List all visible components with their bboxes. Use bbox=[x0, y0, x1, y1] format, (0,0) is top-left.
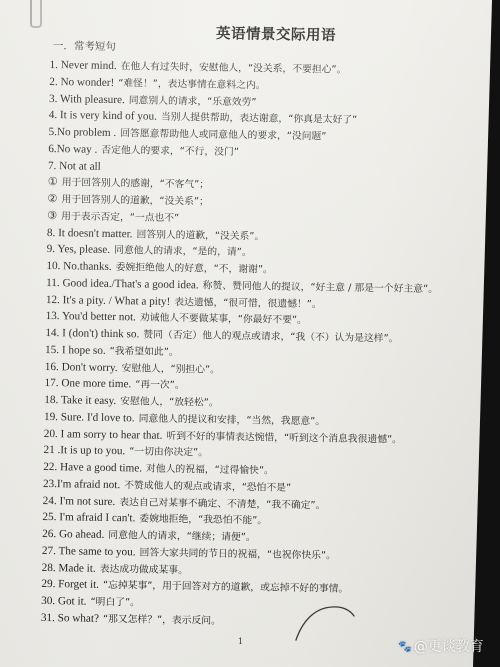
phrase-english: 26. Go ahead. bbox=[42, 528, 104, 541]
phrase-item: 4. It is very kind of you.当别人提供帮助，表达谢意，“… bbox=[49, 107, 469, 130]
phrase-item: 18. Take it easy.安慰他人，“放轻松”。 bbox=[44, 392, 464, 415]
phrase-chinese: 同意别人的请求，“乐意效劳” bbox=[129, 95, 257, 108]
phrase-item: 29. Forget it.“忘掉某事”，用于回答对方的道歉，或忘掉不好的事情。 bbox=[41, 576, 461, 599]
phrase-english: 17. One more time. bbox=[44, 377, 131, 390]
phrase-english: 1. Never mind. bbox=[49, 59, 116, 72]
page-number: 1 bbox=[238, 637, 243, 646]
phrase-item: 6.No way .否定他人的要求，“不行，没门” bbox=[48, 141, 468, 164]
page-title: 英语情景交际用语 bbox=[216, 22, 336, 45]
phrase-english: 23.I'm afraid not. bbox=[43, 478, 120, 491]
phrase-chinese: “一切由你决定”。 bbox=[129, 447, 208, 459]
phrase-item: 11. Good idea./That's a good idea.称赞、赞同他… bbox=[46, 275, 466, 298]
phrase-item: 28. Made it.表达成功做成某事。 bbox=[42, 559, 462, 582]
phrase-english: 3. With pleasure. bbox=[49, 92, 125, 105]
phrase-chinese: “明白了”。 bbox=[90, 597, 140, 609]
phrase-item: 17. One more time.“再一次”。 bbox=[44, 375, 464, 398]
phrase-chinese: 在他人有过失时，安慰他人，“没关系，不要担心”。 bbox=[121, 61, 347, 76]
phrase-english: 7. Not at all bbox=[48, 159, 101, 172]
phrase-chinese: 用于回答别人的感谢，“不客气”； bbox=[62, 177, 209, 190]
phrase-english: 24. I'm not sure. bbox=[43, 494, 116, 507]
phrase-english: ① bbox=[48, 176, 58, 188]
phrase-english: ③ bbox=[47, 210, 57, 222]
phrase-chinese: 回答愿意帮助他人或同意他人的要求，“没问题” bbox=[120, 128, 326, 142]
phrase-chinese: 安慰他人，“别担心”。 bbox=[122, 363, 220, 376]
phrase-english: 29. Forget it. bbox=[41, 578, 99, 591]
phrase-english: 9. Yes, please. bbox=[47, 243, 111, 256]
section-heading: 一．常考短句 bbox=[53, 38, 470, 60]
phrase-item: 1. Never mind.在他人有过失时，安慰他人，“没关系，不要担心”。 bbox=[49, 57, 469, 80]
phrase-english: 28. Made it. bbox=[42, 561, 96, 574]
phrase-chinese: “忘掉某事”，用于回答对方的道歉，或忘掉不好的事情。 bbox=[103, 580, 348, 595]
binder-clip-mark bbox=[30, 0, 42, 28]
document-page: 英语情景交际用语 一．常考短句 1. Never mind.在他人有过失时，安慰… bbox=[0, 0, 500, 667]
phrase-chinese: 赞同（否定）他人的观点或请求，“我（不）认为是这样”。 bbox=[143, 330, 398, 345]
phrase-english: 4. It is very kind of you. bbox=[49, 109, 157, 123]
phrase-chinese: 表达成功做成某事。 bbox=[100, 563, 188, 575]
phrase-list: 一．常考短句 1. Never mind.在他人有过失时，安慰他人，“没关系，不… bbox=[41, 38, 470, 633]
phrase-chinese: “再一次”。 bbox=[135, 380, 185, 392]
phrase-chinese: 称赞、赞同他人的提议，“好主意 / 那是一个好主意”。 bbox=[203, 280, 438, 295]
phrase-english: 18. Take it easy. bbox=[44, 394, 116, 407]
phrase-english: 11. Good idea./That's a good idea. bbox=[46, 277, 199, 291]
watermark-text: @更谈教育 bbox=[414, 636, 484, 656]
phrase-item: ③用于表示否定，“一点也不” bbox=[47, 208, 467, 231]
phrase-english: 22. Have a good time. bbox=[43, 461, 142, 475]
phrase-item: 30. Got it.“明白了”。 bbox=[41, 593, 461, 616]
phrase-english: 30. Got it. bbox=[41, 595, 87, 608]
phrase-english: 25. I'm afraid I can't. bbox=[42, 511, 135, 524]
phrase-item: 24. I'm not sure.表达自己对某事不确定、不清楚，“我不确定”。 bbox=[43, 492, 463, 515]
phrase-english: ② bbox=[47, 193, 57, 205]
phrase-item: 9. Yes, please.同意他人的请求，“是的，请”。 bbox=[47, 241, 467, 264]
phrase-item: ②用于回答别人的道歉，“没关系”； bbox=[47, 191, 467, 214]
phrase-chinese: 回答别人的道歉，“没关系”。 bbox=[136, 229, 264, 242]
phrase-chinese: 否定他人的要求，“不行，没门” bbox=[101, 145, 239, 158]
phrase-item: 25. I'm afraid I can't.委婉地拒绝，“我恐怕不能”。 bbox=[42, 509, 462, 532]
phrase-chinese: 听到不好的事情表达惋惜，“听到这个消息我很遗憾”。 bbox=[166, 430, 402, 445]
phrase-item: 12. It's a pity. / What a pity!表达遗憾，“很可惜… bbox=[46, 291, 466, 314]
phrase-chinese: 委婉拒绝他人的好意，“不，谢谢”。 bbox=[116, 262, 273, 275]
phrase-item: 7. Not at all bbox=[48, 157, 468, 180]
phrase-item: 20. I am sorry to hear that.听到不好的事情表达惋惜，… bbox=[44, 425, 464, 448]
phrase-item: 15. I hope so.“我希望如此”。 bbox=[45, 342, 465, 365]
phrase-item: 14. I (don't) think so.赞同（否定）他人的观点或请求，“我… bbox=[45, 325, 465, 348]
phrase-chinese: 劝诫他人不要做某事，“你最好不要”。 bbox=[140, 313, 307, 327]
phrase-chinese: 不赞成他人的观点或请求，“恐怕不是” bbox=[124, 480, 291, 494]
phrase-item: 10. No.thanks.委婉拒绝他人的好意，“不，谢谢”。 bbox=[46, 258, 466, 281]
phrase-english: 5.No problem . bbox=[48, 126, 116, 139]
phrase-item: 13. You'd better not.劝诫他人不要做某事，“你最好不要”。 bbox=[45, 308, 465, 331]
phrase-english: 20. I am sorry to hear that. bbox=[44, 427, 163, 441]
phrase-item: 16. Don't worry.安慰他人，“别担心”。 bbox=[45, 358, 465, 381]
phrase-chinese: 同意他人的请求，“继续；请便”。 bbox=[108, 530, 255, 543]
phrase-english: 10. No.thanks. bbox=[46, 260, 111, 273]
phrase-chinese: 用于回答别人的道歉，“没关系”； bbox=[61, 194, 208, 207]
phrase-item: 26. Go ahead.同意他人的请求，“继续；请便”。 bbox=[42, 526, 462, 549]
phrase-english: 13. You'd better not. bbox=[46, 310, 136, 323]
phrase-english: 12. It's a pity. / What a pity! bbox=[46, 293, 171, 307]
phrase-chinese: 同意他人的提议和安排，“当然，我愿意”。 bbox=[139, 413, 326, 427]
phrase-chinese: 表达遗憾，“很可惜，很遗憾！”。 bbox=[174, 296, 321, 309]
phrase-english: 27. The same to you. bbox=[42, 545, 136, 558]
phrase-chinese: 对他人的祝福，“过得愉快”。 bbox=[146, 464, 274, 477]
phrase-item: 2. No wonder!“难怪！”，表达事情在意料之内。 bbox=[49, 74, 469, 97]
phrase-item: 21 .It is up to you.“一切由你决定”。 bbox=[43, 442, 463, 465]
phrase-item: 23.I'm afraid not.不赞成他人的观点或请求，“恐怕不是” bbox=[43, 476, 463, 499]
phrase-chinese: 委婉地拒绝，“我恐怕不能”。 bbox=[139, 514, 267, 527]
phrase-english: 16. Don't worry. bbox=[45, 360, 118, 373]
phrase-item: 19. Sure. I'd love to.同意他人的提议和安排，“当然，我愿意… bbox=[44, 409, 464, 432]
phrase-english: 6.No way . bbox=[48, 143, 97, 156]
phrase-english: 15. I hope so. bbox=[45, 344, 106, 357]
phrase-chinese: 用于表示否定，“一点也不” bbox=[61, 211, 179, 224]
phrase-english: 8. It doesn't matter. bbox=[47, 226, 133, 239]
phrase-chinese: 当别人提供帮助，表达谢意，“你真是太好了” bbox=[161, 112, 357, 126]
phrase-chinese: “我希望如此”。 bbox=[110, 346, 179, 358]
phrase-english: 31. So what? bbox=[41, 612, 99, 625]
phrase-item: 22. Have a good time.对他人的祝福，“过得愉快”。 bbox=[43, 459, 463, 482]
phrase-english: 21 .It is up to you. bbox=[43, 444, 125, 457]
pen-mark bbox=[290, 600, 360, 645]
paw-icon: 🐾 bbox=[398, 640, 412, 653]
phrase-english: 14. I (don't) think so. bbox=[45, 327, 139, 340]
watermark: 🐾 @更谈教育 bbox=[398, 636, 484, 656]
phrase-chinese: 回答大家共同的节日的祝福，“也祝你快乐”。 bbox=[139, 547, 335, 561]
phrase-english: 19. Sure. I'd love to. bbox=[44, 411, 135, 424]
phrase-item: 5.No problem .回答愿意帮助他人或同意他人的要求，“没问题” bbox=[48, 124, 468, 147]
phrase-item: ①用于回答别人的感谢，“不客气”； bbox=[48, 174, 468, 197]
phrase-english: 2. No wonder! bbox=[49, 76, 114, 89]
phrase-chinese: 同意他人的请求，“是的，请”。 bbox=[114, 245, 252, 258]
phrase-item: 31. So what?“那又怎样？”，表示反问。 bbox=[41, 610, 461, 633]
phrase-chinese: 安慰他人，“放轻松”。 bbox=[120, 396, 218, 409]
phrase-item: 8. It doesn't matter.回答别人的道歉，“没关系”。 bbox=[47, 224, 467, 247]
phrase-chinese: “那又怎样？”，表示反问。 bbox=[103, 614, 221, 627]
phrase-chinese: “难怪！”，表达事情在意料之内。 bbox=[118, 78, 265, 91]
phrase-item: 3. With pleasure.同意别人的请求，“乐意效劳” bbox=[49, 90, 469, 113]
phrase-item: 27. The same to you.回答大家共同的节日的祝福，“也祝你快乐”… bbox=[42, 543, 462, 566]
phrase-chinese: 表达自己对某事不确定、不清楚，“我不确定”。 bbox=[119, 497, 325, 511]
